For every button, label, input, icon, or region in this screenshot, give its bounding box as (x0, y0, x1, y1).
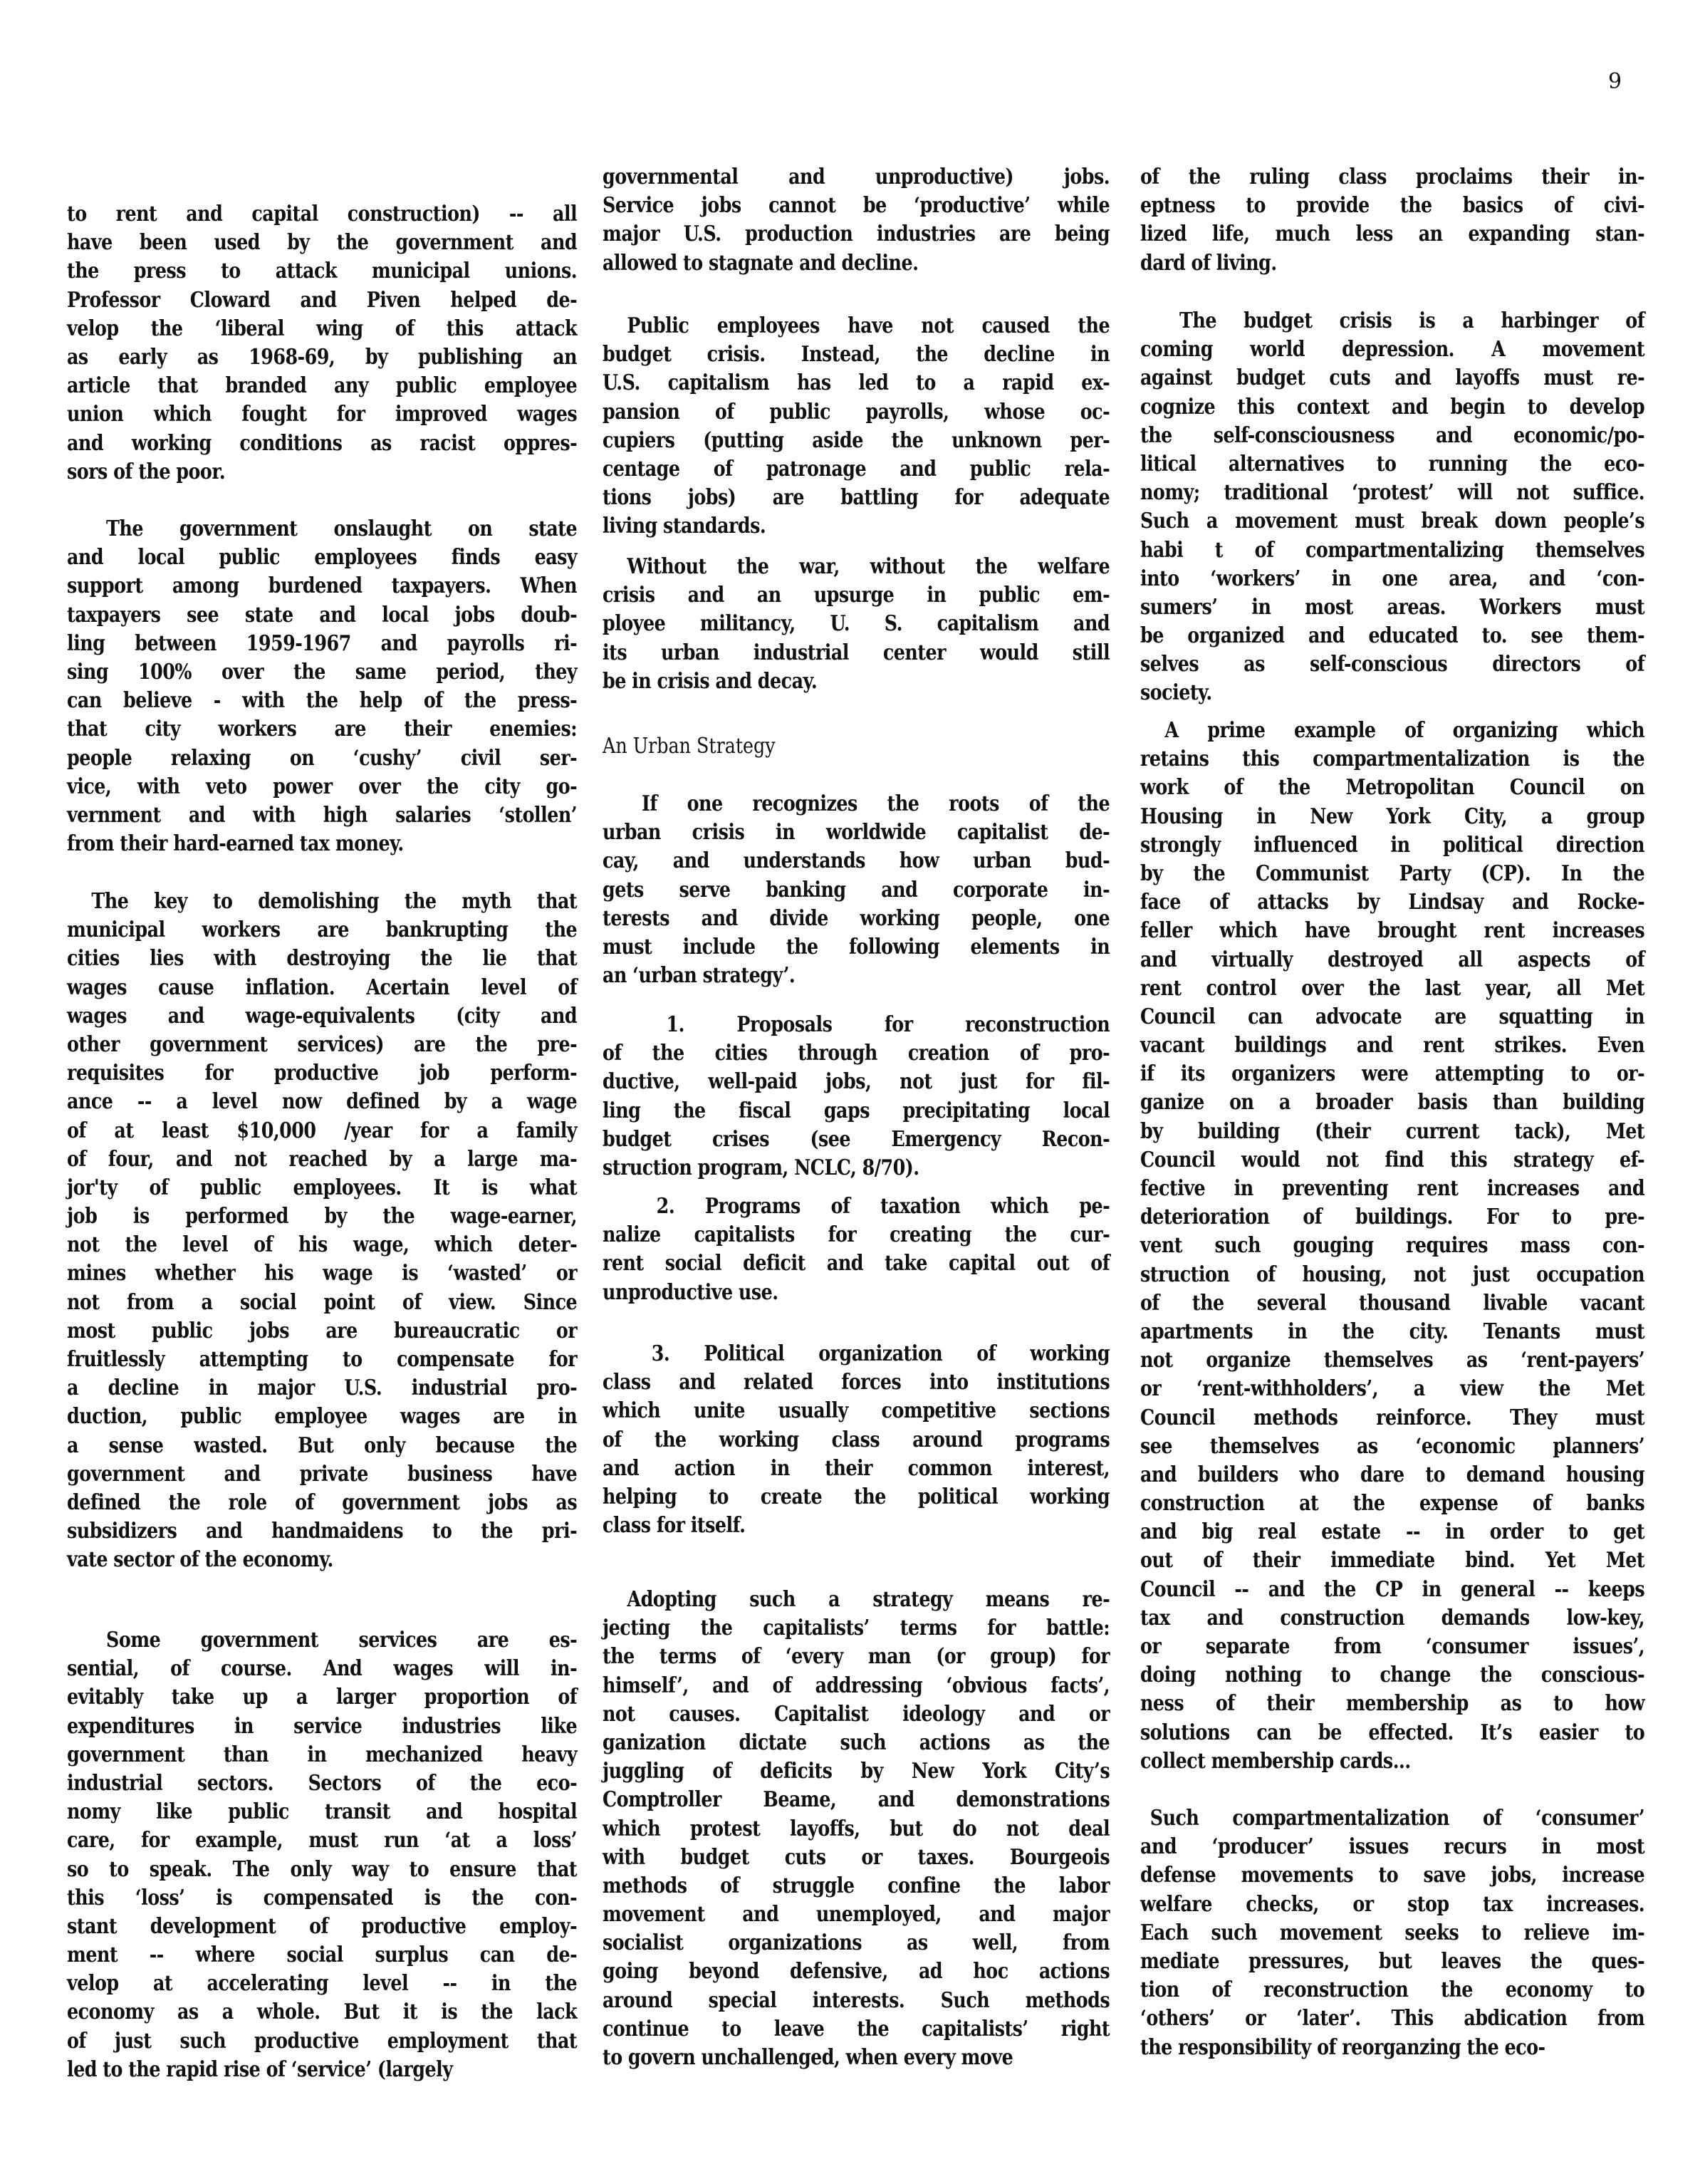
text-line: collect membership cards... (1140, 1747, 1644, 1775)
paragraph: governmental and unproductive) jobs.Serv… (603, 162, 1110, 277)
text-line: 1. Proposals for reconstruction (603, 1010, 1110, 1039)
paragraph: Such compartmentalization of ‘consumer’a… (1140, 1804, 1644, 2061)
text-line: methods of struggle confine the labor (603, 1871, 1110, 1900)
text-line: helping to create the political working (603, 1482, 1110, 1511)
text-line: unproductive use. (603, 1278, 1110, 1306)
text-line: centage of patronage and public rela- (603, 454, 1110, 483)
text-line: be organized and educated to. see them- (1140, 621, 1644, 650)
text-line: urban crisis in worldwide capitalist de- (603, 818, 1110, 846)
text-line: Council would not find this strategy ef- (1140, 1145, 1644, 1174)
text-line: U.S. capitalism has led to a rapid ex- (603, 368, 1110, 397)
text-line: gets serve banking and corporate in- (603, 875, 1110, 904)
paragraph: 3. Political organization of workingclas… (603, 1339, 1110, 1539)
text-line: with budget cuts or taxes. Bourgeois (603, 1843, 1110, 1871)
text-line: rent control over the last year, all Met (1140, 974, 1644, 1002)
text-line: evitably take up a larger proportion of (67, 1683, 577, 1711)
text-line: people relaxing on ‘cushy’ civil ser- (67, 744, 577, 772)
text-line: mediate pressures, but leaves the ques- (1140, 1947, 1644, 1975)
paragraph: Adopting such a strategy means re-jectin… (603, 1585, 1110, 2071)
text-line: The government onslaught on state (67, 514, 577, 543)
text-line: feller which have brought rent increases (1140, 916, 1644, 945)
text-line: fective in preventing rent increases and (1140, 1174, 1644, 1202)
text-line: class and related forces into institutio… (603, 1368, 1110, 1396)
text-line: Council methods reinforce. They must (1140, 1403, 1644, 1432)
text-line: of the ruling class proclaims their in- (1140, 162, 1644, 191)
text-line: litical alternatives to running the eco- (1140, 449, 1644, 478)
text-line: ployee militancy, U. S. capitalism and (603, 609, 1110, 638)
text-line: ganization dictate such actions as the (603, 1728, 1110, 1757)
text-line: the press to attack municipal unions. (67, 256, 577, 285)
text-line: and virtually destroyed all aspects of (1140, 945, 1644, 974)
text-line: cupiers (putting aside the unknown per- (603, 426, 1110, 454)
text-line: around special interests. Such methods (603, 1986, 1110, 2014)
text-line: of just such productive employment that (67, 2027, 577, 2055)
text-line: duction, public employee wages are in (67, 1402, 577, 1430)
text-line: not the level of his wage, which deter- (67, 1230, 577, 1259)
text-line: most public jobs are bureaucratic or (67, 1316, 577, 1345)
text-line: government than in mechanized heavy (67, 1740, 577, 1769)
text-line: led to the rapid rise of ‘service’ (larg… (67, 2055, 577, 2084)
text-line: and action in their common interest, (603, 1454, 1110, 1482)
page-number: 9 (1608, 70, 1622, 94)
text-line: of at least $10,000 /year for a family (67, 1116, 577, 1145)
text-line: cognize this context and begin to develo… (1140, 392, 1644, 421)
paragraph: Without the war, without the welfarecris… (603, 552, 1110, 695)
text-line: construction at the expense of banks (1140, 1489, 1644, 1517)
text-line: other government services) are the pre- (67, 1030, 577, 1059)
text-line: municipal workers are bankrupting the (67, 915, 577, 944)
text-line: tion of reconstruction the economy to (1140, 1975, 1644, 2004)
text-line: Such a movement must break down people’s (1140, 506, 1644, 535)
text-line: ling the fiscal gaps precipitating local (603, 1096, 1110, 1125)
text-line: sential, of course. And wages will in- (67, 1654, 577, 1683)
text-line: and big real estate -- in order to get (1140, 1517, 1644, 1546)
text-line: wages and wage-equivalents (city and (67, 1002, 577, 1030)
text-line: ductive, well-paid jobs, not just for fi… (603, 1067, 1110, 1096)
text-line: struction program, NCLC, 8/70). (603, 1153, 1110, 1182)
text-line: taxpayers see state and local jobs doub- (67, 600, 577, 629)
text-line: the responsibility of reorganzing the ec… (1140, 2033, 1644, 2061)
text-line: as early as 1968-69, by publishing an (67, 343, 577, 371)
text-line: crisis and an upsurge in public em- (603, 581, 1110, 609)
text-line: 2. Programs of taxation which pe- (603, 1192, 1110, 1220)
text-line: a sense wasted. But only because the (67, 1431, 577, 1460)
text-line: its urban industrial center would still (603, 638, 1110, 667)
text-line: pansion of public payrolls, whose oc- (603, 397, 1110, 426)
text-line: cities lies with destroying the lie that (67, 944, 577, 972)
paragraph: If one recognizes the roots of theurban … (603, 789, 1110, 989)
text-line: subsidizers and handmaidens to the pri- (67, 1517, 577, 1545)
text-line: to govern unchallenged, when every move (603, 2043, 1110, 2071)
text-line: care, for example, must run ‘at a loss’ (67, 1826, 577, 1854)
text-line: ment -- where social surplus can de- (67, 1940, 577, 1969)
text-line: Housing in New York City, a group (1140, 802, 1644, 831)
text-line: this ‘loss’ is compensated is the con- (67, 1883, 577, 1912)
text-line: apartments in the city. Tenants must (1140, 1317, 1644, 1346)
text-line: wages cause inflation. Acertain level of (67, 973, 577, 1002)
text-line: dard of living. (1140, 249, 1644, 277)
text-line: major U.S. production industries are bei… (603, 219, 1110, 248)
text-line: vernment and with high salaries ‘stollen… (67, 801, 577, 829)
text-line: sumers’ in most areas. Workers must (1140, 593, 1644, 621)
text-line: economy as a whole. But it is the lack (67, 1997, 577, 2026)
paragraph: 2. Programs of taxation which pe-nalize … (603, 1192, 1110, 1306)
text-line: a decline in major U.S. industrial pro- (67, 1373, 577, 1402)
text-line: 3. Political organization of working (603, 1339, 1110, 1368)
text-line: coming world depression. A movement (1140, 335, 1644, 363)
text-line: which unite usually competitive sections (603, 1396, 1110, 1425)
text-line: juggling of deficits by New York City’s (603, 1757, 1110, 1785)
text-line: not from a social point of view. Since (67, 1288, 577, 1316)
text-line: Adopting such a strategy means re- (603, 1585, 1110, 1613)
text-line: job is performed by the wage-earner, (67, 1202, 577, 1230)
paragraph: to rent and capital construction) -- all… (67, 199, 577, 486)
text-line: can believe - with the help of the press… (67, 686, 577, 714)
text-line: that city workers are their enemies: (67, 714, 577, 743)
text-line: living standards. (603, 511, 1110, 540)
paragraph: The key to demolishing the myth thatmuni… (67, 887, 577, 1574)
text-line: article that branded any public employee (67, 371, 577, 400)
paragraph: 1. Proposals for reconstructionof the ci… (603, 1010, 1110, 1182)
text-line: The budget crisis is a harbinger of (1140, 306, 1644, 335)
text-line: so to speak. The only way to ensure that (67, 1855, 577, 1883)
text-line: solutions can be effected. It’s easier t… (1140, 1718, 1644, 1747)
text-line: doing nothing to change the conscious- (1140, 1660, 1644, 1689)
text-line: of the cities through creation of pro- (603, 1039, 1110, 1067)
text-line: see themselves as ‘economic planners’ (1140, 1432, 1644, 1460)
text-line: jor'ty of public employees. It is what (67, 1173, 577, 1202)
text-line: If one recognizes the roots of the (603, 789, 1110, 818)
text-line: into ‘workers’ in one area, and ‘con- (1140, 564, 1644, 593)
text-line: velop the ‘liberal wing of this attack (67, 314, 577, 343)
text-line: and local public employees finds easy (67, 543, 577, 571)
text-line: by building (their current tack), Met (1140, 1117, 1644, 1145)
text-line: vent such gouging requires mass con- (1140, 1231, 1644, 1259)
text-line: Each such movement seeks to relieve im- (1140, 1918, 1644, 1947)
text-line: ness of their membership as to how (1140, 1689, 1644, 1717)
text-line: to rent and capital construction) -- all (67, 199, 577, 228)
text-line: face of attacks by Lindsay and Rocke- (1140, 888, 1644, 916)
text-line: mines whether his wage is ‘wasted’ or (67, 1259, 577, 1287)
text-line: of four, and not reached by a large ma- (67, 1145, 577, 1173)
text-line: cay, and understands how urban bud- (603, 846, 1110, 875)
text-line: support among burdened taxpayers. When (67, 571, 577, 600)
text-line: going beyond defensive, ad hoc actions (603, 1957, 1110, 1985)
text-line: if its organizers were attempting to or- (1140, 1059, 1644, 1088)
text-line: or separate from ‘consumer issues’, (1140, 1632, 1644, 1660)
text-line: fruitlessly attempting to compensate for (67, 1345, 577, 1373)
text-line: work of the Metropolitan Council on (1140, 773, 1644, 801)
text-line: retains this compartmentalization is the (1140, 744, 1644, 773)
text-line: himself’, and of addressing ‘obvious fac… (603, 1671, 1110, 1700)
text-line: Some government services are es- (67, 1626, 577, 1654)
text-line: ling between 1959-1967 and payrolls ri- (67, 629, 577, 657)
text-line: struction of housing, not just occupatio… (1140, 1260, 1644, 1289)
text-line: nomy like public transit and hospital (67, 1797, 577, 1826)
paragraph: The budget crisis is a harbinger ofcomin… (1140, 306, 1644, 707)
text-line: and ‘producer’ issues recurs in most (1140, 1832, 1644, 1861)
text-line: selves as self-conscious directors of (1140, 650, 1644, 678)
text-line: allowed to stagnate and decline. (603, 249, 1110, 277)
text-line: continue to leave the capitalists’ right (603, 2014, 1110, 2043)
text-line: sing 100% over the same period, they (67, 657, 577, 686)
text-line: welfare checks, or stop tax increases. (1140, 1890, 1644, 1918)
text-line: Professor Cloward and Piven helped de- (67, 286, 577, 314)
paragraph: Public employees have not caused thebudg… (603, 311, 1110, 541)
text-line: not causes. Capitalist ideology and or (603, 1700, 1110, 1728)
text-line: the terms of ‘every man (or group) for (603, 1642, 1110, 1670)
text-line: against budget cuts and layoffs must re- (1140, 363, 1644, 392)
text-line: not organize themselves as ‘rent-payers’ (1140, 1346, 1644, 1374)
text-line: by the Communist Party (CP). In the (1140, 859, 1644, 888)
text-line: vice, with veto power over the city go- (67, 772, 577, 801)
text-line: habi t of compartmentalizing themselves (1140, 536, 1644, 564)
text-line: defense movements to save jobs, increase (1140, 1861, 1644, 1889)
text-line: Public employees have not caused the (603, 311, 1110, 340)
text-line: and working conditions as racist oppres- (67, 429, 577, 457)
text-line: be in crisis and decay. (603, 667, 1110, 695)
text-line: A prime example of organizing which (1140, 716, 1644, 744)
text-line: movement and unemployed, and major (603, 1900, 1110, 1928)
text-line: nomy; traditional ‘protest’ will not suf… (1140, 478, 1644, 506)
text-line: ganize on a broader basis than building (1140, 1088, 1644, 1116)
text-line: have been used by the government and (67, 228, 577, 256)
text-line: vate sector of the economy. (67, 1545, 577, 1574)
text-line: union which fought for improved wages (67, 400, 577, 428)
text-line: Comptroller Beame, and demonstrations (603, 1785, 1110, 1814)
text-line: from their hard-earned tax money. (67, 829, 577, 858)
text-line: tions jobs) are battling for adequate (603, 483, 1110, 511)
text-line: Without the war, without the welfare (603, 552, 1110, 581)
text-line: budget crisis. Instead, the decline in (603, 340, 1110, 368)
text-line: The key to demolishing the myth that (67, 887, 577, 915)
text-line: of the working class around programs (603, 1425, 1110, 1454)
text-line: terests and divide working people, one (603, 904, 1110, 932)
text-line: lized life, much less an expanding stan- (1140, 219, 1644, 248)
text-line: deterioration of buildings. For to pre- (1140, 1202, 1644, 1231)
text-line: Council -- and the CP in general -- keep… (1140, 1575, 1644, 1603)
text-line: government and private business have (67, 1460, 577, 1488)
text-line: stant development of productive employ- (67, 1912, 577, 1940)
text-line: must include the following elements in (603, 932, 1110, 961)
text-line: ‘others’ or ‘later’. This abdication fro… (1140, 2004, 1644, 2032)
section-heading-urban-strategy: An Urban Strategy (603, 732, 776, 760)
text-line: society. (1140, 678, 1644, 707)
text-line: nalize capitalists for creating the cur- (603, 1220, 1110, 1249)
paragraph: A prime example of organizing whichretai… (1140, 716, 1644, 1775)
text-line: of the several thousand livable vacant (1140, 1289, 1644, 1317)
text-line: jecting the capitalists’ terms for battl… (603, 1613, 1110, 1642)
text-line: socialist organizations as well, from (603, 1928, 1110, 1957)
text-line: Such compartmentalization of ‘consumer’ (1140, 1804, 1644, 1832)
text-line: rent social deficit and take capital out… (603, 1249, 1110, 1277)
text-line: which protest layoffs, but do not deal (603, 1814, 1110, 1843)
text-line: tax and construction demands low-key, (1140, 1603, 1644, 1632)
text-line: an ‘urban strategy’. (603, 961, 1110, 989)
text-line: and builders who dare to demand housing (1140, 1460, 1644, 1489)
text-line: Service jobs cannot be ‘productive’ whil… (603, 191, 1110, 219)
text-line: sors of the poor. (67, 457, 577, 486)
text-line: budget crises (see Emergency Recon- (603, 1125, 1110, 1153)
text-line: industrial sectors. Sectors of the eco- (67, 1769, 577, 1797)
text-line: requisites for productive job perform- (67, 1059, 577, 1087)
text-line: vacant buildings and rent strikes. Even (1140, 1031, 1644, 1059)
text-line: defined the role of government jobs as (67, 1488, 577, 1517)
text-line: Council can advocate are squatting in (1140, 1002, 1644, 1031)
paragraph: Some government services are es-sential,… (67, 1626, 577, 2084)
paragraph: The government onslaught on stateand loc… (67, 514, 577, 858)
text-line: ance -- a level now defined by a wage (67, 1087, 577, 1116)
text-line: out of their immediate bind. Yet Met (1140, 1546, 1644, 1574)
text-line: class for itself. (603, 1511, 1110, 1539)
text-line: the self-consciousness and economic/po- (1140, 421, 1644, 449)
text-line: velop at accelerating level -- in the (67, 1969, 577, 1997)
text-line: eptness to provide the basics of civi- (1140, 191, 1644, 219)
paragraph: of the ruling class proclaims their in-e… (1140, 162, 1644, 277)
text-line: governmental and unproductive) jobs. (603, 162, 1110, 191)
text-line: strongly influenced in political directi… (1140, 831, 1644, 859)
text-line: expenditures in service industries like (67, 1712, 577, 1740)
text-line: or ‘rent-withholders’, a view the Met (1140, 1374, 1644, 1403)
